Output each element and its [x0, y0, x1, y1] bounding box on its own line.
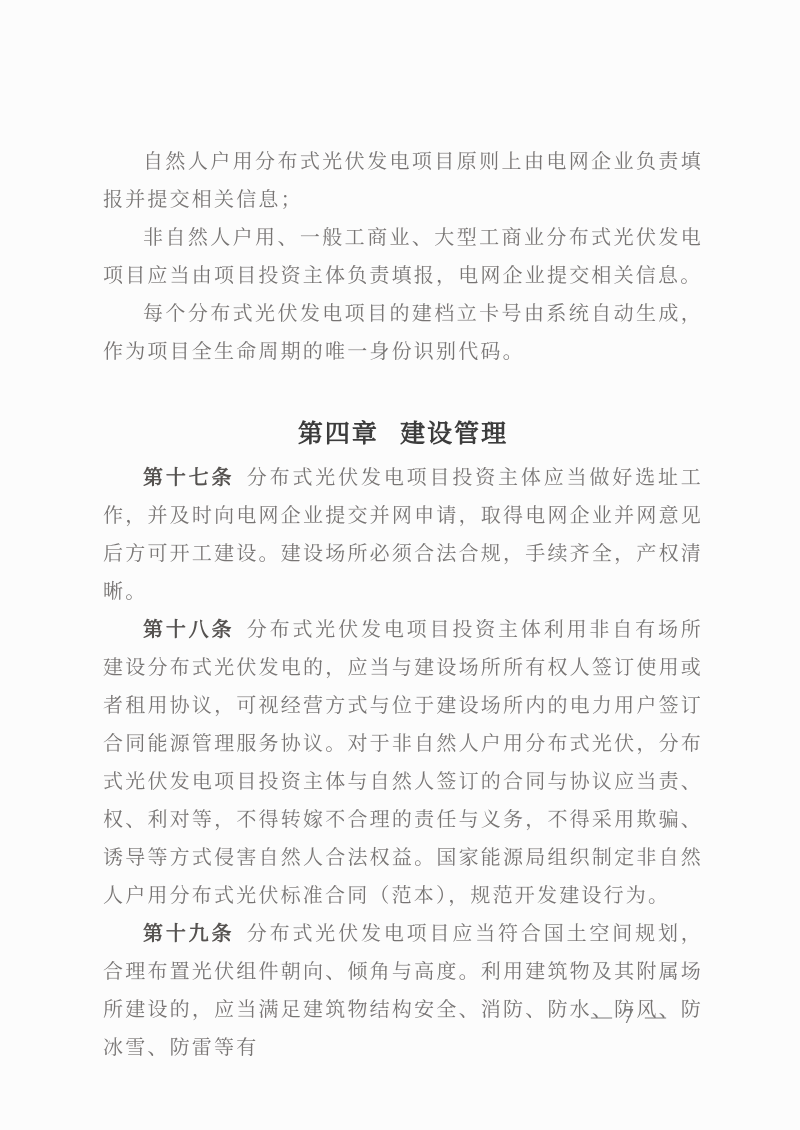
paragraph-text: 非自然人户用、一般工商业、大型工商业分布式光伏发电项目应当由项目投资主体负责填报… — [103, 227, 703, 287]
paragraph-text: 自然人户用分布式光伏发电项目原则上由电网企业负责填报并提交相关信息； — [103, 151, 703, 211]
paragraph-archive-card-number: 每个分布式光伏发电项目的建档立卡号由系统自动生成，作为项目全生命周期的唯一身份识… — [103, 295, 703, 371]
article-17: 第十七条分布式光伏发电项目投资主体应当做好选址工作，并及时向电网企业提交并网申请… — [103, 459, 703, 611]
document-page: 自然人户用分布式光伏发电项目原则上由电网企业负责填报并提交相关信息； 非自然人户… — [0, 0, 800, 1130]
chapter-title: 建设管理 — [400, 420, 508, 448]
article-17-number: 第十七条 — [143, 467, 234, 489]
article-19-number: 第十九条 — [143, 923, 234, 945]
chapter-number: 第四章 — [298, 420, 379, 448]
paragraph-fill-report: 自然人户用分布式光伏发电项目原则上由电网企业负责填报并提交相关信息； — [103, 143, 703, 219]
page-number: — 7 — — [591, 1004, 669, 1029]
paragraph-text: 每个分布式光伏发电项目的建档立卡号由系统自动生成，作为项目全生命周期的唯一身份识… — [103, 303, 703, 363]
article-18: 第十八条分布式光伏发电项目投资主体利用非自有场所建设分布式光伏发电的，应当与建设… — [103, 611, 703, 915]
article-18-number: 第十八条 — [143, 619, 234, 641]
article-19: 第十九条分布式光伏发电项目应当符合国土空间规划，合理布置光伏组件朝向、倾角与高度… — [103, 915, 703, 1067]
document-body: 自然人户用分布式光伏发电项目原则上由电网企业负责填报并提交相关信息； 非自然人户… — [103, 143, 703, 1067]
paragraph-non-natural-person: 非自然人户用、一般工商业、大型工商业分布式光伏发电项目应当由项目投资主体负责填报… — [103, 219, 703, 295]
article-18-text: 分布式光伏发电项目投资主体利用非自有场所建设分布式光伏发电的，应当与建设场所所有… — [103, 619, 703, 907]
chapter-heading: 第四章建设管理 — [103, 417, 703, 451]
